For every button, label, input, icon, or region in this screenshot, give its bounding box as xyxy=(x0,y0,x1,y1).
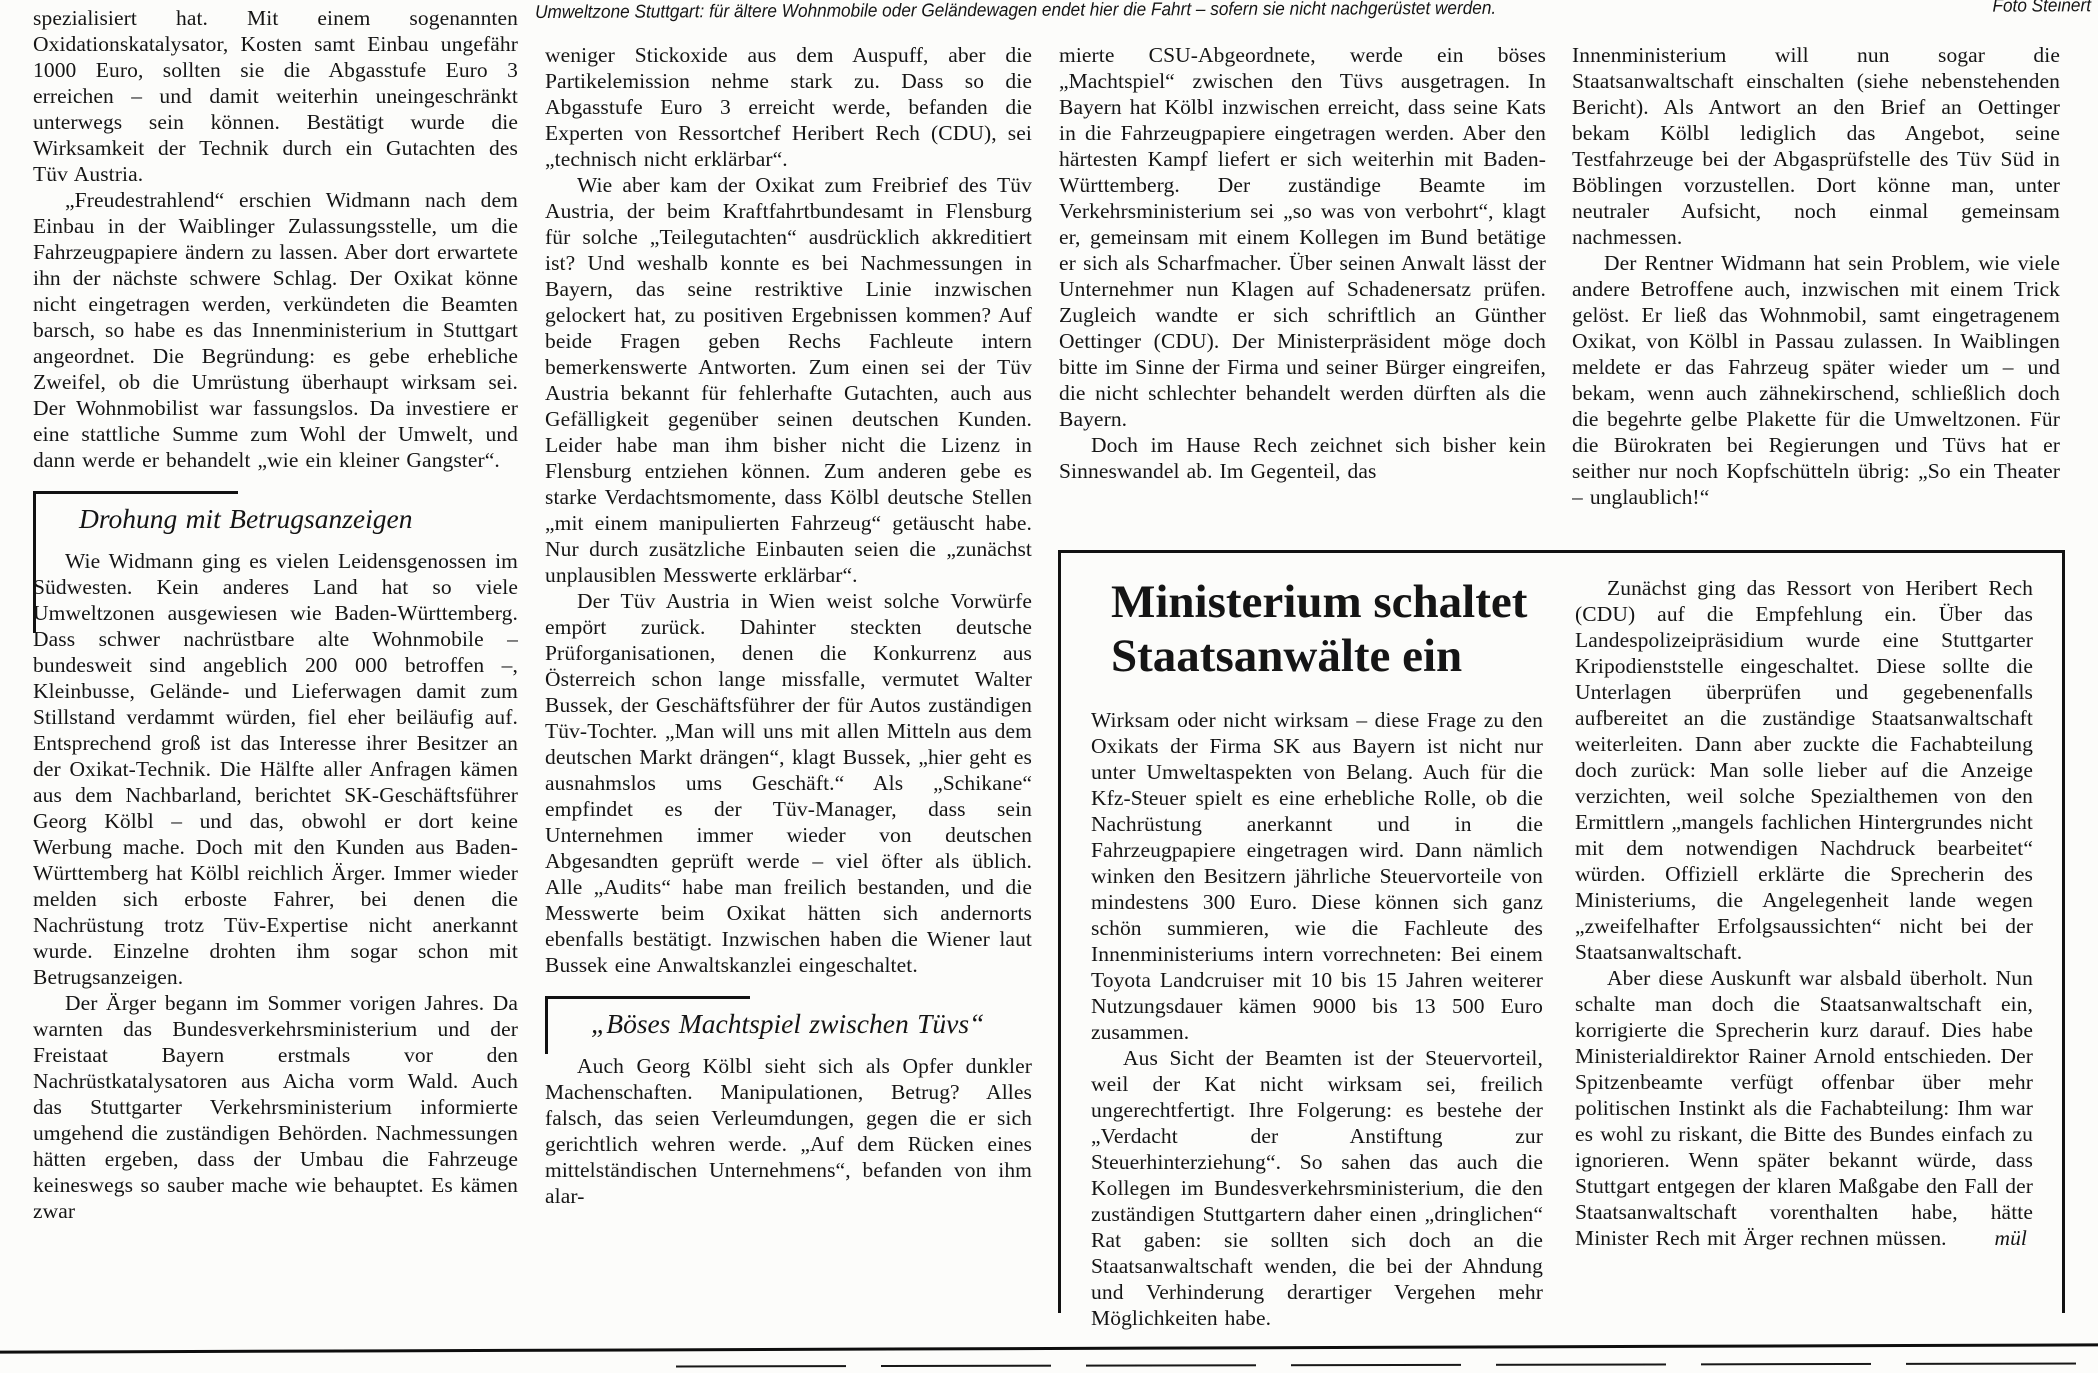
paragraph: mierte CSU-Abgeordnete, werde ein böses … xyxy=(1059,42,1546,432)
paragraph: Der Tüv Austria in Wien weist solche Vor… xyxy=(545,588,1032,978)
paragraph: Der Rentner Widmann hat sein Problem, wi… xyxy=(1572,250,2060,510)
photo-caption-text: Umweltzone Stuttgart: für ältere Wohnmob… xyxy=(535,0,1496,23)
box-headline: Ministerium schaltet Staatsanwälte ein xyxy=(1091,575,1543,683)
subhead-block-drohung: Drohung mit Betrugsanzeigen xyxy=(33,491,518,534)
article-column-1: spezialisiert hat. Mit einem sogenannten… xyxy=(33,5,518,1224)
subhead-rule-vertical xyxy=(545,996,548,1054)
article-column-3: mierte CSU-Abgeordnete, werde ein böses … xyxy=(1059,42,1546,542)
paragraph: Doch im Hause Rech zeichnet sich bisher … xyxy=(1059,432,1546,484)
subhead-rule-horizontal xyxy=(545,996,750,999)
crosshead: Drohung mit Betrugsanzeigen xyxy=(79,503,518,534)
paragraph: Wie aber kam der Oxikat zum Freibrief de… xyxy=(545,172,1032,588)
article-column-4: Innenministerium will nun sogar die Staa… xyxy=(1572,42,2060,544)
paragraph: Aber diese Auskunft war alsbald überholt… xyxy=(1575,965,2033,1251)
subhead-block-machtspiel: „Böses Machtspiel zwischen Tüvs“ xyxy=(545,996,1032,1039)
photo-caption: Umweltzone Stuttgart: für ältere Wohnmob… xyxy=(535,0,2091,23)
newspaper-scan: { "page": { "caption": { "text": "Umwelt… xyxy=(0,0,2098,1373)
paragraph: „Freudestrahlend“ erschien Widmann nach … xyxy=(33,187,518,473)
paragraph: weniger Stickoxide aus dem Auspuff, aber… xyxy=(545,42,1032,172)
bottom-rule xyxy=(0,1343,2098,1353)
paragraph: Innenministerium will nun sogar die Staa… xyxy=(1572,42,2060,250)
sidebar-article-box: Ministerium schaltet Staatsanwälte ein W… xyxy=(1058,550,2065,1313)
photo-credit: Foto Steinert xyxy=(1992,0,2091,17)
bottom-rule-secondary xyxy=(676,1363,2098,1368)
paragraph: spezialisiert hat. Mit einem sogenannten… xyxy=(33,5,518,187)
paragraph: Zunächst ging das Ressort von Heribert R… xyxy=(1575,575,2033,965)
box-column-2: Zunächst ging das Ressort von Heribert R… xyxy=(1575,575,2033,1251)
article-column-2: weniger Stickoxide aus dem Auspuff, aber… xyxy=(545,42,1032,1209)
paragraph: Wie Widmann ging es vielen Leidensgenoss… xyxy=(33,548,518,990)
box-column-1: Ministerium schaltet Staatsanwälte ein W… xyxy=(1091,569,1543,1331)
paragraph: Wirksam oder nicht wirksam – diese Frage… xyxy=(1091,707,1543,1045)
left-edge-fragments: -nsın--e-gt-ns-d-a xyxy=(0,0,11,1373)
paragraph: Aus Sicht der Beamten ist der Steuervort… xyxy=(1091,1045,1543,1331)
subhead-rule-vertical xyxy=(33,491,36,633)
paragraph: Auch Georg Kölbl sieht sich als Opfer du… xyxy=(545,1053,1032,1209)
paragraph: Der Ärger begann im Sommer vorigen Jahre… xyxy=(33,990,518,1224)
subhead-rule-horizontal xyxy=(33,491,238,494)
crosshead: „Böses Machtspiel zwischen Tüvs“ xyxy=(591,1008,1032,1039)
